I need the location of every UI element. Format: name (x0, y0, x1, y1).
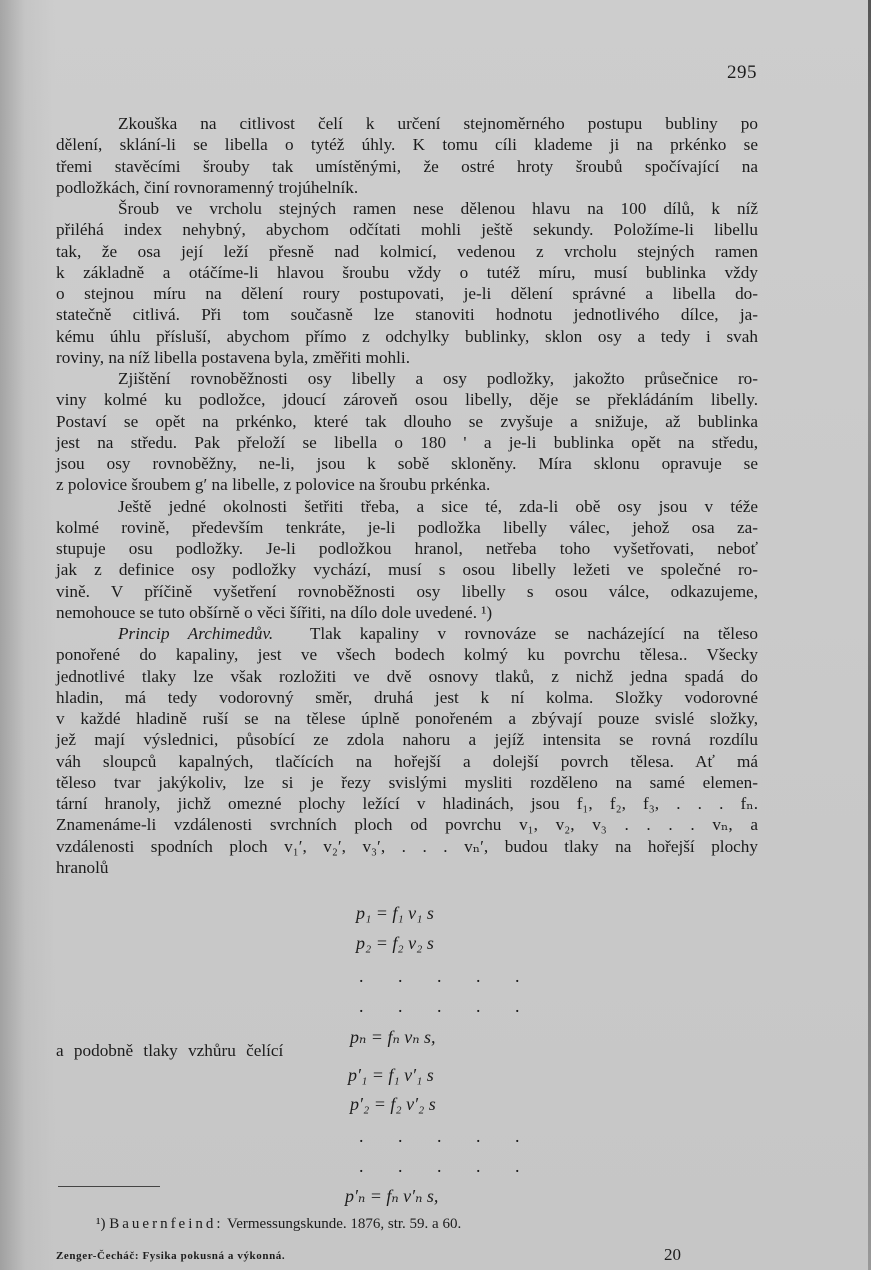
ellipsis-row: . . . . . (359, 966, 535, 987)
text-line: v každé hladině ruší se na tělese úplně … (56, 708, 758, 729)
text-line: jež mají výslednici, působící ze zdola n… (56, 729, 758, 750)
text-line: dělení, sklání-li se libella o tytéž úhl… (56, 134, 758, 155)
ellipsis-row: . . . . . (359, 1126, 535, 1147)
text-line: tak, že osa její leží přesně nad kolmicí… (56, 241, 758, 262)
text-line: Postaví se opět na prkénko, které tak dl… (56, 411, 758, 432)
text-line: Znamenáme-li vzdálenosti svrchních ploch… (56, 814, 758, 835)
text-line: k základně a otáčíme-li hlavou šroubu vž… (56, 262, 758, 283)
ellipsis-row: . . . . . (359, 996, 535, 1017)
text-line: Šroub ve vrcholu stejných ramen nese děl… (56, 198, 758, 219)
text-line: Zkouška na citlivost čelí k určení stejn… (56, 113, 758, 134)
text-line: nemohouce se tuto obšírně o věci šířiti,… (56, 602, 758, 623)
equation: p₁ = f₁ v₁ s (356, 903, 434, 924)
footnote: ¹) Bauernfeind: Vermessungskunde. 1876, … (96, 1216, 461, 1233)
text-line: ponořené do kapaliny, jest ve všech bode… (56, 644, 758, 665)
sheet-number: 20 (664, 1245, 681, 1265)
text-line: hranolů (56, 857, 758, 878)
equation: p′₂ = f₂ v′₂ s (350, 1094, 436, 1115)
text-line: roviny, na níž libella postavena byla, z… (56, 347, 758, 368)
footnote-divider (58, 1186, 160, 1187)
text-line: těleso tvar jakýkoliv, lze si je řezy sv… (56, 772, 758, 793)
text-line: kému úhlu přísluší, abychom přímo z odch… (56, 326, 758, 347)
text-line: o stejnou míru na dělení roury postupova… (56, 283, 758, 304)
text-line: jest na středu. Pak přeloží se libella o… (56, 432, 758, 453)
scanned-page: 295 Zkouška na citlivost čelí k určení s… (0, 0, 871, 1270)
equation: p₂ = f₂ v₂ s (356, 933, 434, 954)
text-line: podložkách, činí rovnoramenný trojúhelní… (56, 177, 758, 198)
text-line: třemi stavěcími šrouby tak umístěnými, ž… (56, 156, 758, 177)
footnote-marker: ¹) (96, 1216, 106, 1232)
text-line: jak z definice osy podložky vychází, mus… (56, 559, 758, 580)
text-line: hladin, má tedy vodorovný směr, druhá je… (56, 687, 758, 708)
text-line: vině. V příčině vyšetření rovnoběžnosti … (56, 581, 758, 602)
text-line: viny kolmé ku podložce, jdoucí zároveň o… (56, 389, 758, 410)
body-text: Zkouška na citlivost čelí k určení stejn… (56, 113, 758, 878)
text-line: z polovice šroubem g′ na libelle, z polo… (56, 474, 758, 495)
text-line: vzdálenosti spodních ploch v₁′, v₂′, v₃′… (56, 836, 758, 857)
text-line: jsou osy rovnoběžny, ne-li, jsou k sobě … (56, 453, 758, 474)
equation: pₙ = fₙ vₙ s, (350, 1027, 436, 1048)
lead-text: a podobně tlaky vzhůru čelící (56, 1041, 283, 1061)
text-line: stupuje osu podložky. Je-li podložkou hr… (56, 538, 758, 559)
text-line: kolmé rovině, především tenkráte, je-li … (56, 517, 758, 538)
text-line: jednotlivé tlaky lze však rozložiti ve d… (56, 666, 758, 687)
text-line: tární hranoly, jichž omezné plochy ležíc… (56, 793, 758, 814)
text-fragment: Tlak kapaliny v rovnováze se nacházející… (310, 624, 758, 643)
text-line: váh sloupců kapalných, tlačících na hoře… (56, 751, 758, 772)
text-line: statečně citlivá. Při tom současně lze s… (56, 304, 758, 325)
text-line: Ještě jedné okolnosti šetřiti třeba, a s… (56, 496, 758, 517)
page-number: 295 (727, 62, 757, 84)
text-line: Zjištění rovnoběžnosti osy libelly a osy… (56, 368, 758, 389)
section-heading-italic: Princip Archimedův. (118, 624, 273, 643)
ellipsis-row: . . . . . (359, 1156, 535, 1177)
footnote-text: Vermessungskunde. 1876, str. 59. a 60. (227, 1216, 461, 1232)
text-line: přiléhá index nehybný, abychom odčítati … (56, 219, 758, 240)
footnote-author: Bauernfeind: (109, 1216, 223, 1232)
printer-signature: Zenger-Čecháč: Fysika pokusná a výkonná. (56, 1250, 285, 1262)
equation: p′ₙ = fₙ v′ₙ s, (345, 1186, 438, 1207)
equation: p′₁ = f₁ v′₁ s (348, 1065, 434, 1086)
text-line: Princip Archimedův. Tlak kapaliny v rovn… (56, 623, 758, 644)
